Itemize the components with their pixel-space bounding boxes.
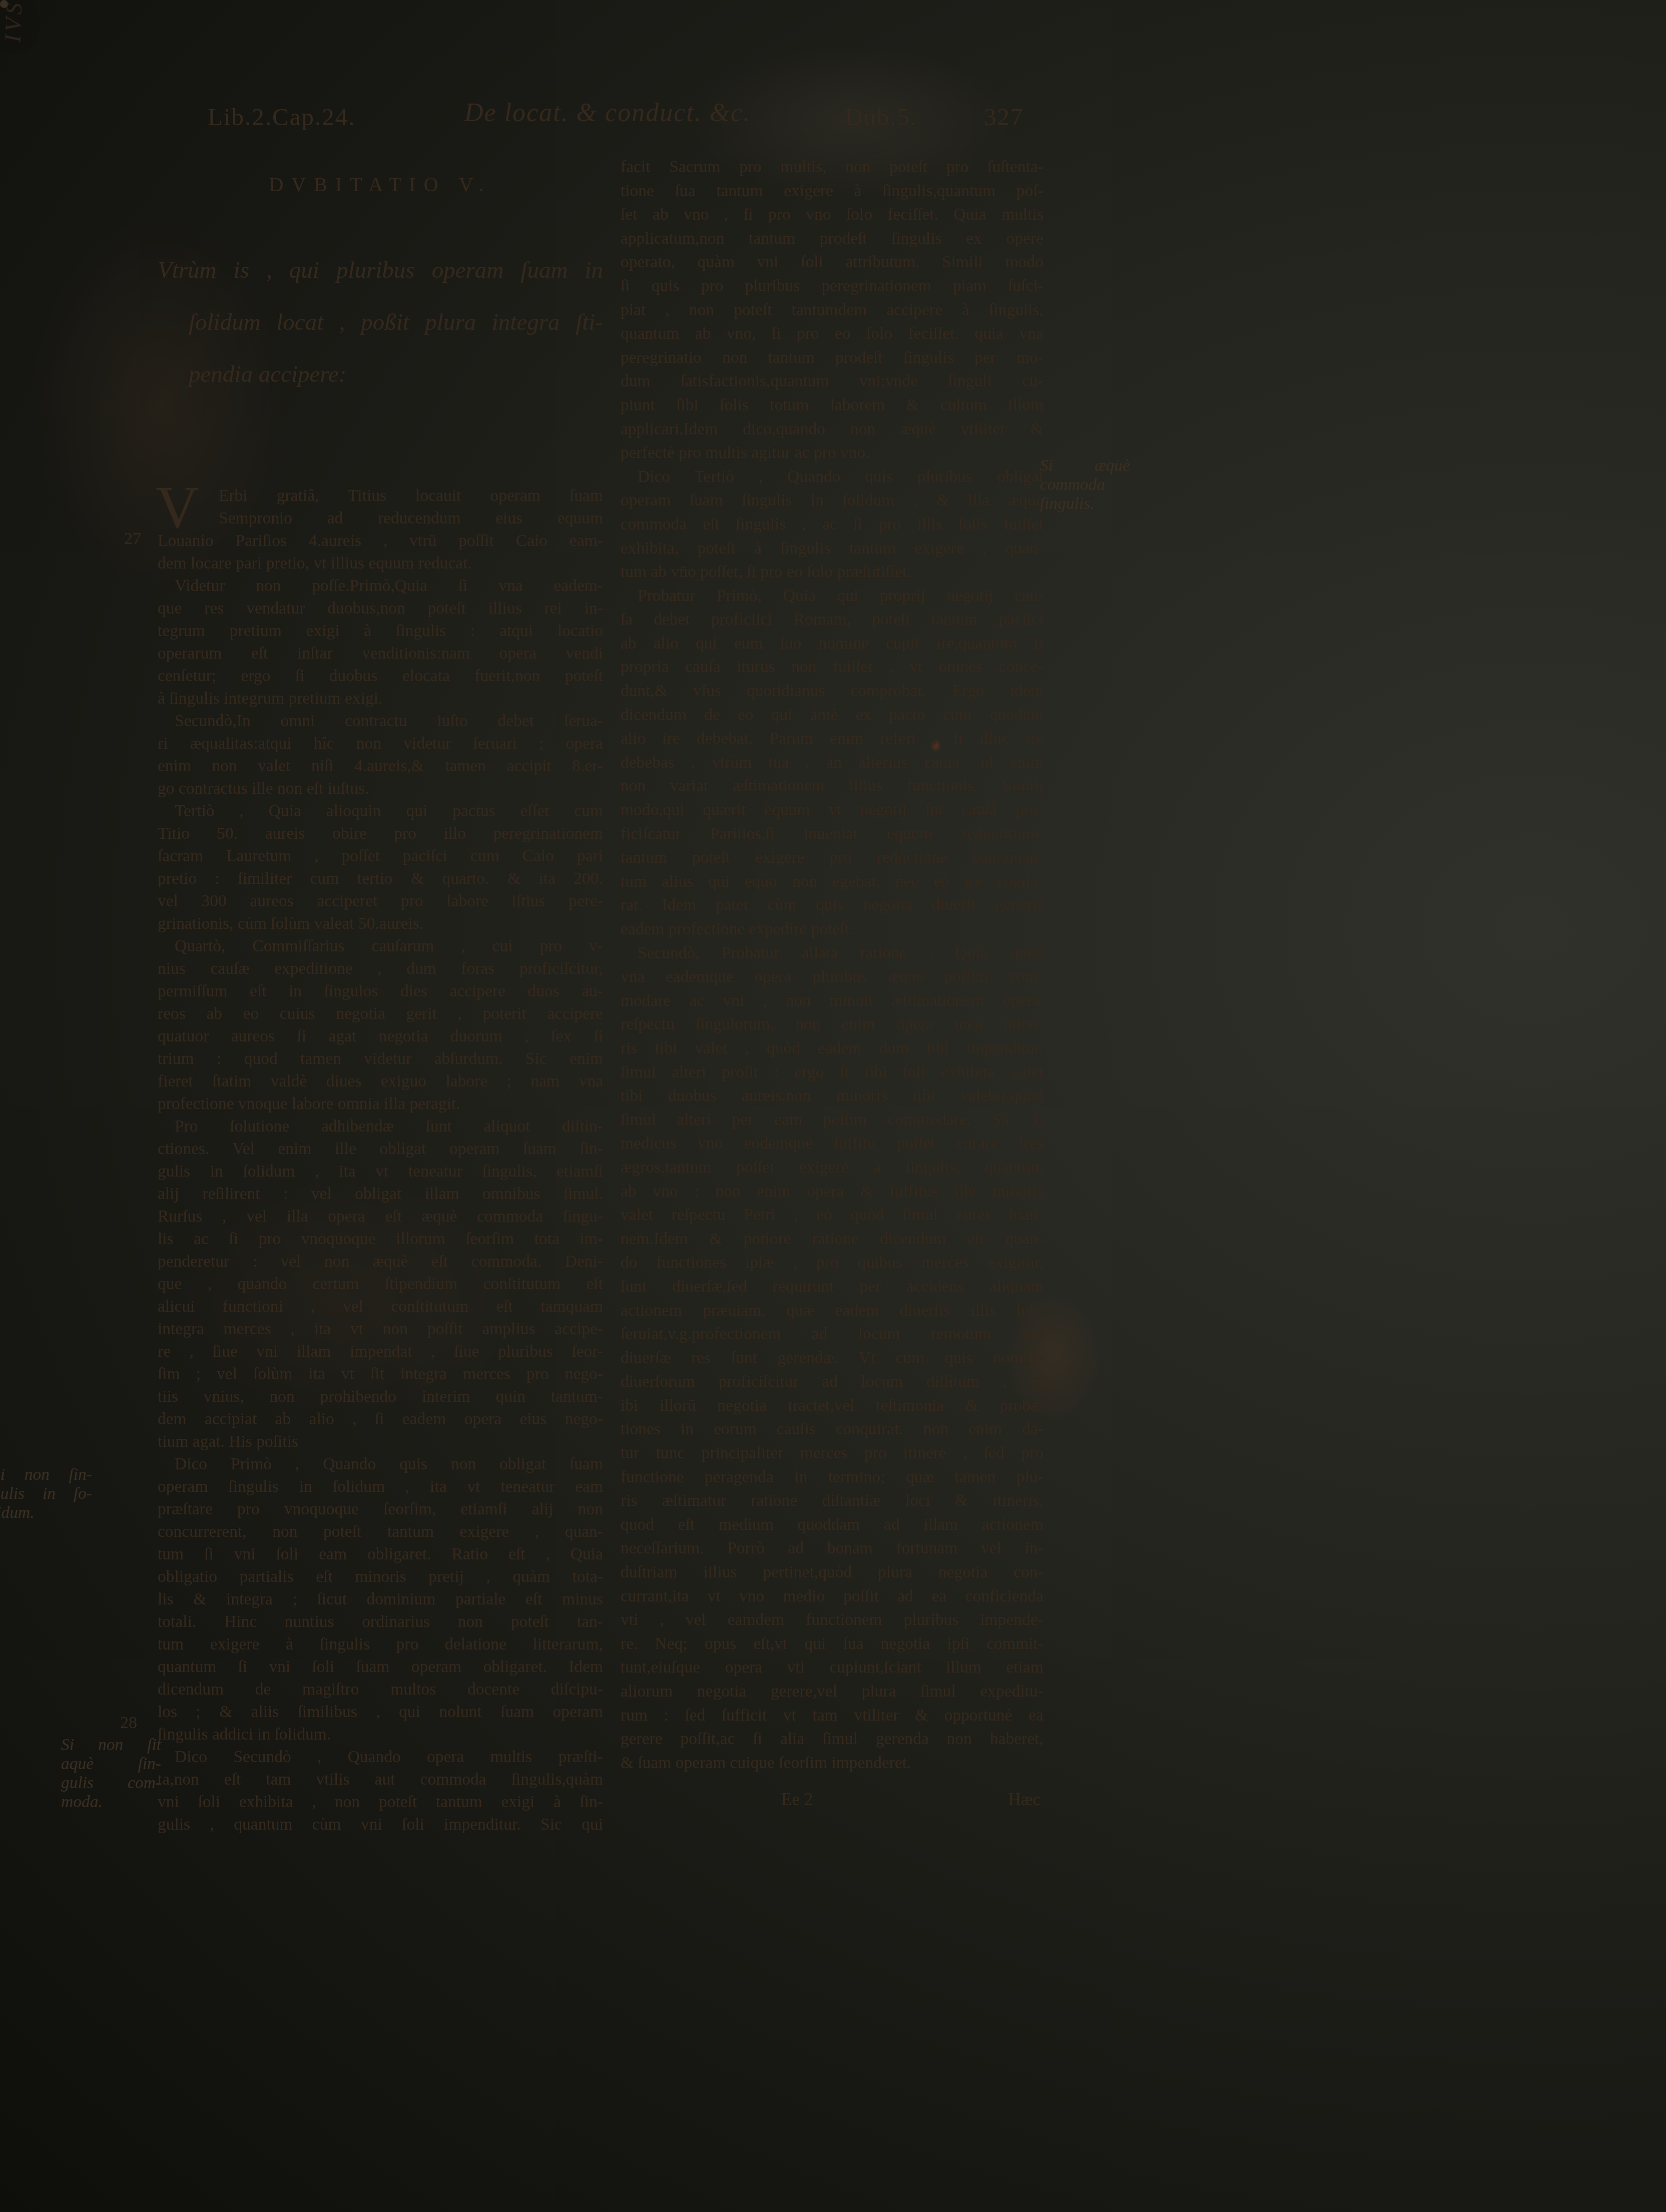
text-line: quatuor aureos ſi agat negotia duorum , … xyxy=(158,1025,603,1047)
paragraph: Tertiò , Quia alioquin qui pactus eſſet … xyxy=(158,800,603,935)
paragraph: Dico Primò , Quando quis non obligat ſua… xyxy=(158,1453,603,1746)
paragraph: Videtur non poſſe.Primò,Quia ſi vna eade… xyxy=(158,575,603,710)
text-line: Si æquè xyxy=(1040,456,1130,475)
text-line: actionem præuiam, quæ eadem diuerſis ill… xyxy=(621,1299,1043,1323)
text-line: vni ſoli exhibita , non poteſt tantum ex… xyxy=(158,1791,603,1813)
text-line: peregrinatio non tantum prodeſt ſingulis… xyxy=(621,346,1043,370)
text-line: operam ſuam ſingulis in ſolidum , & illa… xyxy=(621,488,1043,512)
text-line: profectione vnoque labore omnia illa per… xyxy=(158,1092,603,1115)
text-line: ris æſtimatur ratione diſtantiæ loci & i… xyxy=(621,1489,1043,1513)
text-line: que res vendatur duobus,non poteſt illiu… xyxy=(158,597,603,620)
text-line: que , quando certum ſtipendium conſtitut… xyxy=(158,1273,603,1295)
text-line: gulis in ſolidum , ita vt teneatur ſingu… xyxy=(158,1160,603,1183)
text-line: ſolidum locat , poßit plura integra ſti- xyxy=(158,296,603,348)
paragraph: Erbi gratiâ, Titius locauit operam ſuamS… xyxy=(158,484,603,575)
text-line: ſet ab vno , ſi pro vno ſolo feciſſet. Q… xyxy=(621,203,1043,227)
quaestio-italic: Vtrùm is , qui pluribus operam ſuam inſo… xyxy=(158,244,603,400)
catch-line: Ee 2 Hæc xyxy=(621,1790,1043,1810)
text-line: gulis , quantum cùm vni ſoli impenditur.… xyxy=(158,1813,603,1836)
text-line: lis ac ſi pro vnoquoque illorum ſeorſim … xyxy=(158,1228,603,1250)
text-line: operam ſingulis in ſolidum , ita vt tene… xyxy=(158,1475,603,1498)
header-dubitatio-label: Dub.5. xyxy=(845,103,917,131)
text-line: pendia accipere: xyxy=(158,348,603,400)
text-line: alij reſilirent : vel obligat illam omni… xyxy=(158,1183,603,1205)
text-line: ſa debet proficiſci Romam, poteſt tantum… xyxy=(621,608,1043,632)
text-line: modare ac vni , non minuit æſtimationem … xyxy=(621,989,1043,1013)
text-line: tunt,eiuſque opera vti cupiunt,ſciant il… xyxy=(621,1655,1043,1680)
text-line: Vtrùm is , qui pluribus operam ſuam in xyxy=(158,244,603,296)
text-line: Dico Primò , Quando quis non obligat ſua… xyxy=(158,1453,603,1475)
text-line: rat. Idem patet cùm quis negotia diuerſi… xyxy=(621,893,1043,917)
paragraph: Dico Tertiò , Quando quis pluribus oblig… xyxy=(621,465,1043,584)
text-line: dem locare pari pretio, vt illius equum … xyxy=(158,552,603,575)
text-line: tum ſi vni ſoli eam obligaret. Ratio eſt… xyxy=(158,1543,603,1565)
header-running-title: De locat. & conduct. &c. xyxy=(464,98,751,128)
margin-note-aeque: Si æquècommodaſingulis. xyxy=(1040,456,1130,513)
text-line: alio ire debebat. Parum enim refert , ſi… xyxy=(621,727,1043,751)
section-heading: DVBITATIO V. xyxy=(158,173,603,196)
text-line: applicari.Idem dico,quando non æquè vtil… xyxy=(621,417,1043,441)
text-line: aquè ſin- xyxy=(61,1755,161,1774)
text-line: reos ab eo cuius negotia gerit , poterit… xyxy=(158,1002,603,1025)
text-line: diuerſæ res ſunt gerendæ. Vt cùm quis no… xyxy=(621,1346,1043,1370)
text-line: currant,ita vt vno medio poſſit ad ea co… xyxy=(621,1584,1043,1608)
text-line: quod eſt medium quoddam ad illam actione… xyxy=(621,1513,1043,1537)
text-line: & ſuam operam cuique ſeorſim impenderet. xyxy=(621,1751,1043,1775)
text-line: præſtare pro vnoquoque ſeorſim, etiamſi … xyxy=(158,1498,603,1520)
text-line: do functiones ipſæ , pro quibus merces e… xyxy=(621,1251,1043,1275)
margin-note-solidum: Si non ſin-gulis in ſo-lidum. xyxy=(0,1465,92,1522)
text-line: permiſſum eſt in ſingulos dies accipere … xyxy=(158,980,603,1002)
text-line: los ; & aliis ſimilibus , qui nolunt ſua… xyxy=(158,1701,603,1723)
page-number: 327 xyxy=(984,103,1024,131)
text-line: aliorum negotia gerere,vel plura ſimul e… xyxy=(621,1680,1043,1704)
text-line: ſeruiat,v.g.profectionem ad locum remotu… xyxy=(621,1322,1043,1346)
margin-number-27: 27 xyxy=(124,529,141,548)
text-line: ſingulis. xyxy=(1040,494,1130,513)
text-line: Secundò, Probatur allata ratione , Quia … xyxy=(621,941,1043,965)
text-line: vti , vel eamdem functionem pluribus imp… xyxy=(621,1608,1043,1632)
text-line: ſingulis addici in ſolidum. xyxy=(158,1723,603,1746)
text-line: commoda xyxy=(1040,475,1130,494)
text-line: Secundò,In omni contractu iuſto debet ſe… xyxy=(158,710,603,732)
paragraph: Quartò, Commiſſarius cauſarum , cui pro … xyxy=(158,935,603,1115)
text-line: tibi duobus aureis,non minoris tibi vale… xyxy=(621,1084,1043,1108)
text-line: duſtriam illius pertinet,quòd plura nego… xyxy=(621,1560,1043,1584)
text-line: applicatum,non tantum prodeſt ſingulis e… xyxy=(621,227,1043,251)
paragraph-wrap: V Erbi gratiâ, Titius locauit operam ſua… xyxy=(158,484,603,575)
text-line: commoda eſt ſingulis , ac ſi pro illis ſ… xyxy=(621,512,1043,536)
text-line: vna eademque opera pluribus æquè poſſim … xyxy=(621,965,1043,989)
text-line: ficiſcatur Pariſios,ſi inueniat equum re… xyxy=(621,822,1043,846)
text-line: functione peragenda in termino; quæ tame… xyxy=(621,1465,1043,1489)
text-line: ab vno : non enim opera & ſuffitus ille … xyxy=(621,1180,1043,1204)
text-line: ſim ; vel ſolùm ita vt ſit integra merce… xyxy=(158,1363,603,1385)
text-line: penderetur : vel non æquè eſt commoda. D… xyxy=(158,1250,603,1273)
text-line: ctiones. Vel enim ille obligat operam ſu… xyxy=(158,1138,603,1160)
text-line: piat , non poteſt tantumdem accipere à ſ… xyxy=(621,298,1043,322)
paragraph: Dico Secundò , Quando opera multis præſt… xyxy=(158,1746,603,1836)
text-line: gulis com- xyxy=(61,1774,161,1793)
text-line: Louanio Pariſios 4.aureis , vtrū poſſit … xyxy=(158,529,603,552)
text-line: Quartò, Commiſſarius cauſarum , cui pro … xyxy=(158,935,603,957)
text-line: lis & integra ; ſicut dominium partiale … xyxy=(158,1588,603,1610)
text-line: tantum poteſt exigere pro reductione equ… xyxy=(621,846,1043,870)
margin-note-commoda: Si non ſitaquè ſin-gulis com-moda. xyxy=(61,1736,161,1812)
text-line: debebas , vtrùm tua , an alterius cauſa.… xyxy=(621,751,1043,775)
text-line: Tertiò , Quia alioquin qui pactus eſſet … xyxy=(158,800,603,822)
text-line: integra merces , ita vt non poſſit ampli… xyxy=(158,1318,603,1340)
text-line: operarum eſt inſtar venditionis:nam oper… xyxy=(158,642,603,665)
text-line: Erbi gratiâ, Titius locauit operam ſuam xyxy=(158,484,603,507)
text-line: exhibita, poteſt à ſingulis tantum exige… xyxy=(621,536,1043,561)
scanned-book-photo: Lib.2.Cap.24. De locat. & conduct. &c. D… xyxy=(0,0,1666,2212)
text-line: dum ſatisfactionis,quantum vni:vnde ſing… xyxy=(621,369,1043,393)
text-line: re. Neq; opus eſt,vt qui ſua negotia ipſ… xyxy=(621,1632,1043,1656)
text-line: alicui functioni , vel conſtitutum eſt t… xyxy=(158,1295,603,1318)
text-line: ſunt diuerſæ,ſed requirunt per accidens … xyxy=(621,1275,1043,1299)
text-line: nius cauſæ expeditione , dum foras profi… xyxy=(158,957,603,980)
text-line: Videtur non poſſe.Primò,Quia ſi vna eade… xyxy=(158,575,603,597)
text-line: quantum ſi vni ſoli ſuam operam obligare… xyxy=(158,1655,603,1678)
text-line: cenſetur; ergo ſi duobus elocata fuerit,… xyxy=(158,665,603,687)
text-line: diuerſorum proficiſcitur ad locum diſſit… xyxy=(621,1370,1043,1394)
text-line: ſacram Lauretum , poſſet paciſci cum Cai… xyxy=(158,845,603,867)
text-line: nem.Idem & potiore ratione dicendum eſt … xyxy=(621,1227,1043,1251)
text-line: ri æqualitas:atqui hîc non videtur ſerua… xyxy=(158,732,603,755)
paragraph: facit Sacrum pro multis, non poteſt pro … xyxy=(621,155,1043,465)
text-line: quantum ab vno, ſi pro eo ſolo feciſſet.… xyxy=(621,322,1043,346)
text-line: modo,qui quærit equum vt negotij ſui cau… xyxy=(621,798,1043,822)
paragraph: Probatur Primò, Quia qui proprij negotij… xyxy=(621,584,1043,941)
text-line: Si non ſin- xyxy=(0,1465,92,1484)
text-line: Sempronio ad reducendum eius equum xyxy=(158,507,603,529)
text-line: à ſingulis integrum pretium exigi. xyxy=(158,687,603,710)
text-line: tiones in eorum cauſis conquirat. non en… xyxy=(621,1417,1043,1441)
text-line: tum alius qui equo non egebat, nec eò ir… xyxy=(621,870,1043,894)
paragraph: Pro ſolutione adhibendæ ſunt aliquot diſ… xyxy=(158,1115,603,1453)
text-line: valet reſpectu Petri , eò quòd ſimul cur… xyxy=(621,1203,1043,1227)
text-line: dicendum de magiſtro multos docente diſc… xyxy=(158,1678,603,1701)
text-line: fieret ſtatim valdè diues exiguo labore … xyxy=(158,1070,603,1092)
text-line: non variat æſtimationem illius functioni… xyxy=(621,774,1043,798)
text-line: grinationis, cùm ſolùm valeat 50.aureis. xyxy=(158,912,603,935)
text-line: reſpectu ſingulorum. non enim opera mea … xyxy=(621,1012,1043,1036)
text-line: ab alio qui eum ſuo nomine cupit ire,qua… xyxy=(621,632,1043,656)
text-line: ſi quis pro pluribus peregrinationem pia… xyxy=(621,274,1043,298)
text-line: ſimul alteri proſit : ergo ſi tibi ſoli … xyxy=(621,1060,1043,1084)
margin-number-28: 28 xyxy=(120,1714,137,1733)
text-line: Dico Tertiò , Quando quis pluribus oblig… xyxy=(621,465,1043,489)
text-line: Probatur Primò, Quia qui proprij negotij… xyxy=(621,584,1043,608)
text-line: ta,non eſt tam vtilis aut commoda ſingul… xyxy=(158,1768,603,1791)
text-line: gulis in ſo- xyxy=(0,1484,92,1503)
text-line: totali. Hinc nuntius ordinarius non pote… xyxy=(158,1610,603,1633)
text-line: facit Sacrum pro multis, non poteſt pro … xyxy=(621,155,1043,179)
text-line: tum exigere à ſingulis pro delatione lit… xyxy=(158,1633,603,1655)
text-line: vel 300 aureos acciperet pro labore iſti… xyxy=(158,890,603,912)
text-line: piunt ſibi ſolis totum laborem & cultum … xyxy=(621,393,1043,417)
text-line: dem accipiat ab alio , ſi eadem opera ei… xyxy=(158,1408,603,1430)
text-line: concurrerent, non poteſt tantum exigere … xyxy=(158,1520,603,1543)
text-line: moda. xyxy=(61,1793,161,1812)
catchword: Hæc xyxy=(1008,1790,1043,1810)
text-line: propria cauſa iturus non fuiſſet , vt om… xyxy=(621,655,1043,679)
column-left: DVBITATIO V. Vtrùm is , qui pluribus ope… xyxy=(158,173,603,1836)
text-line: perfectè pro multis agitur ac pro vno. xyxy=(621,441,1043,465)
text-line: tur tunc principaliter merces pro itiner… xyxy=(621,1441,1043,1465)
text-line: dunt,& vſus quotidianus comprobat. Ergo … xyxy=(621,679,1043,703)
paragraph: Secundò, Probatur allata ratione , Quia … xyxy=(621,941,1043,1775)
text-line: Dico Secundò , Quando opera multis præſt… xyxy=(158,1746,603,1768)
text-line: medicus vno eodemque ſuffitu poſſet cura… xyxy=(621,1132,1043,1156)
text-line: tegrum pretium exigi à ſingulis : atqui … xyxy=(158,620,603,642)
text-line: Pro ſolutione adhibendæ ſunt aliquot diſ… xyxy=(158,1115,603,1138)
paragraph: Secundò,In omni contractu iuſto debet ſe… xyxy=(158,710,603,800)
text-line: operato, quàm vni ſoli attributum. Simil… xyxy=(621,250,1043,274)
text-line: ibi illorū negotia tractet,vel teſtimoni… xyxy=(621,1394,1043,1418)
text-line: Titio 50. aureis obire pro illo peregrin… xyxy=(158,822,603,845)
text-line: go contractus ille non eſt iuſtus. xyxy=(158,777,603,800)
column-right: facit Sacrum pro multis, non poteſt pro … xyxy=(621,155,1043,1810)
text-line: ris tibi valet , quòd eadem dum tibi imp… xyxy=(621,1036,1043,1060)
text-line: tium agat. His poſitis xyxy=(158,1430,603,1453)
signature-mark: Ee 2 xyxy=(781,1790,813,1810)
drop-cap: V xyxy=(156,484,199,530)
text-line: neceſſarium. Porrò ad bonam fortunam vel… xyxy=(621,1536,1043,1560)
text-line: tum ab vn̄o poſſet, ſi pro eo ſolo præſt… xyxy=(621,560,1043,584)
text-line: enim non valet niſi 4.aureis,& tamen acc… xyxy=(158,755,603,777)
text-line: ægros,tantum poſſet exigere à ſingulis, … xyxy=(621,1156,1043,1180)
text-line: tiis vnius, non prohibendo interim quin … xyxy=(158,1385,603,1408)
text-line: dicendum de eo qui antè ex pacto cum quo… xyxy=(621,703,1043,727)
text-line: tione ſua tantum exigere à ſingulis,quan… xyxy=(621,179,1043,203)
text-line: re , ſiue vni illam impendat , ſiue plur… xyxy=(158,1340,603,1363)
text-line: gerere poſſit,ac ſi alia ſimul gerenda n… xyxy=(621,1727,1043,1751)
text-line: rum : ſed ſufficit vt tam vtiliter & opp… xyxy=(621,1704,1043,1728)
text-line: ſimul alteri per eam poſſim commodare. S… xyxy=(621,1108,1043,1132)
text-line: obligatio partialis eſt minoris pretij ,… xyxy=(158,1565,603,1588)
text-line: Si non ſit xyxy=(61,1736,161,1755)
text-line: lidum. xyxy=(0,1503,92,1522)
text-line: trium : quod tamen videtur abſurdum. Sic… xyxy=(158,1047,603,1070)
text-line: Rurſus , vel illa opera eſt æquè commoda… xyxy=(158,1205,603,1228)
text-line: eadem profectione expedire poteſt. xyxy=(621,917,1043,941)
header-book-chapter: Lib.2.Cap.24. xyxy=(208,103,355,131)
text-line: pretio : ſimiliter cum tertio & quarto. … xyxy=(158,867,603,890)
